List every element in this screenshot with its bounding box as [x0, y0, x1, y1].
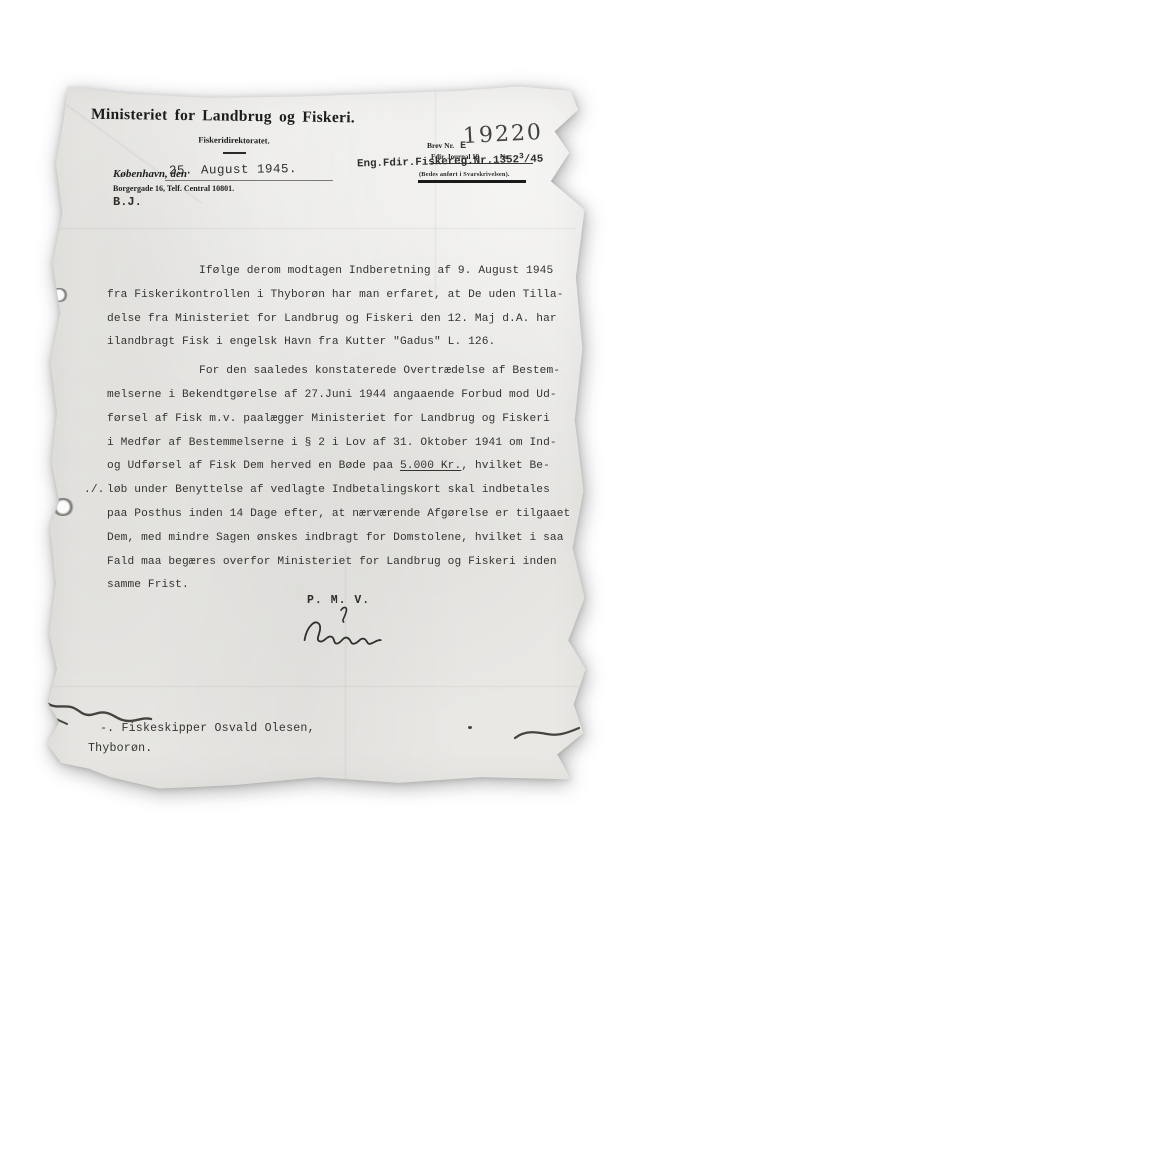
brev-nr-value: E — [460, 141, 466, 152]
letter-body: Ifølge derom modtagen Indberetning af 9.… — [107, 260, 585, 598]
handwritten-signature — [289, 603, 401, 654]
date-underline — [165, 180, 333, 181]
body-line-text: løb under Benyttelse af vedlagte Indbeta… — [107, 484, 550, 496]
reply-note: (Bedes anført i Svarskrivelsen). — [419, 171, 510, 178]
clerk-initials: B.J. — [113, 195, 142, 209]
date-value: 25. August 1945. — [169, 162, 297, 178]
body-line: paa Posthus inden 14 Dage efter, at nærv… — [107, 503, 585, 527]
typed-reference-tail: /45 — [524, 154, 544, 167]
street-address: Borgergade 16, Telf. Central 10801. — [113, 184, 234, 193]
body-line: førsel af Fisk m.v. paalægger Ministerie… — [107, 408, 585, 432]
fine-text-pre: og Udførsel af Fisk Dem herved en Bøde p… — [107, 460, 400, 472]
ink-speck — [468, 726, 472, 729]
brev-nr-label: Brev Nr. — [427, 141, 454, 150]
body-line: fra Fiskerikontrollen i Thyborøn har man… — [107, 284, 585, 308]
brev-nr-row: Brev Nr.E — [427, 141, 466, 152]
typed-reference: Eng.Fdir.Fiskereg.Nr.13523/45 — [357, 152, 544, 171]
body-line: Ifølge derom modtagen Indberetning af 9.… — [107, 260, 585, 284]
horizontal-crease — [55, 228, 575, 229]
typed-reference-prefix: Eng.Fdir. — [357, 157, 416, 171]
typed-reference-number: Fiskereg.Nr.1352 — [415, 154, 519, 169]
horizontal-crease — [53, 686, 578, 687]
body-line: i Medfør af Bestemmelserne i § 2 i Lov a… — [107, 432, 585, 456]
torn-hole-left-upper — [49, 288, 69, 302]
letter-paper: Ministeriet for Landbrug og Fiskeri. Fis… — [45, 78, 590, 790]
title-divider — [223, 152, 246, 154]
body-line: ilandbragt Fisk i engelsk Havn fra Kutte… — [107, 331, 585, 355]
letter-number-stamp: 19220 — [462, 120, 543, 149]
paragraph-2: For den saaledes konstaterede Overtrædel… — [107, 360, 585, 598]
directorate-subtitle: Fiskeridirektoratet. — [159, 134, 309, 146]
letter-document: Ministeriet for Landbrug og Fiskeri. Fis… — [45, 78, 590, 790]
tear-mark-bottom-right — [513, 722, 583, 746]
torn-hole-left-lower — [51, 498, 75, 516]
enclosure-mark: ./. — [84, 479, 104, 503]
fine-text-post: , hvilket Be- — [461, 460, 550, 472]
body-line: melserne i Bekendtgørelse af 27.Juni 194… — [107, 384, 585, 408]
ministry-title: Ministeriet for Landbrug og Fiskeri. — [91, 106, 421, 129]
recipient-town: Thyborøn. — [88, 742, 152, 755]
body-line: delse fra Ministeriet for Landbrug og Fi… — [107, 308, 585, 332]
tear-mark-bottom-left — [45, 691, 185, 731]
body-line: Dem, med mindre Sagen ønskes indbragt fo… — [107, 527, 585, 551]
body-line-enclosure: ./.løb under Benyttelse af vedlagte Indb… — [107, 479, 585, 503]
reply-note-underline — [418, 180, 526, 183]
body-line: Fald maa begæres overfor Ministeriet for… — [107, 551, 585, 575]
fine-amount: 5.000 Kr. — [400, 460, 461, 472]
body-line-fine: og Udførsel af Fisk Dem herved en Bøde p… — [107, 455, 585, 479]
body-line: For den saaledes konstaterede Overtrædel… — [107, 360, 585, 384]
